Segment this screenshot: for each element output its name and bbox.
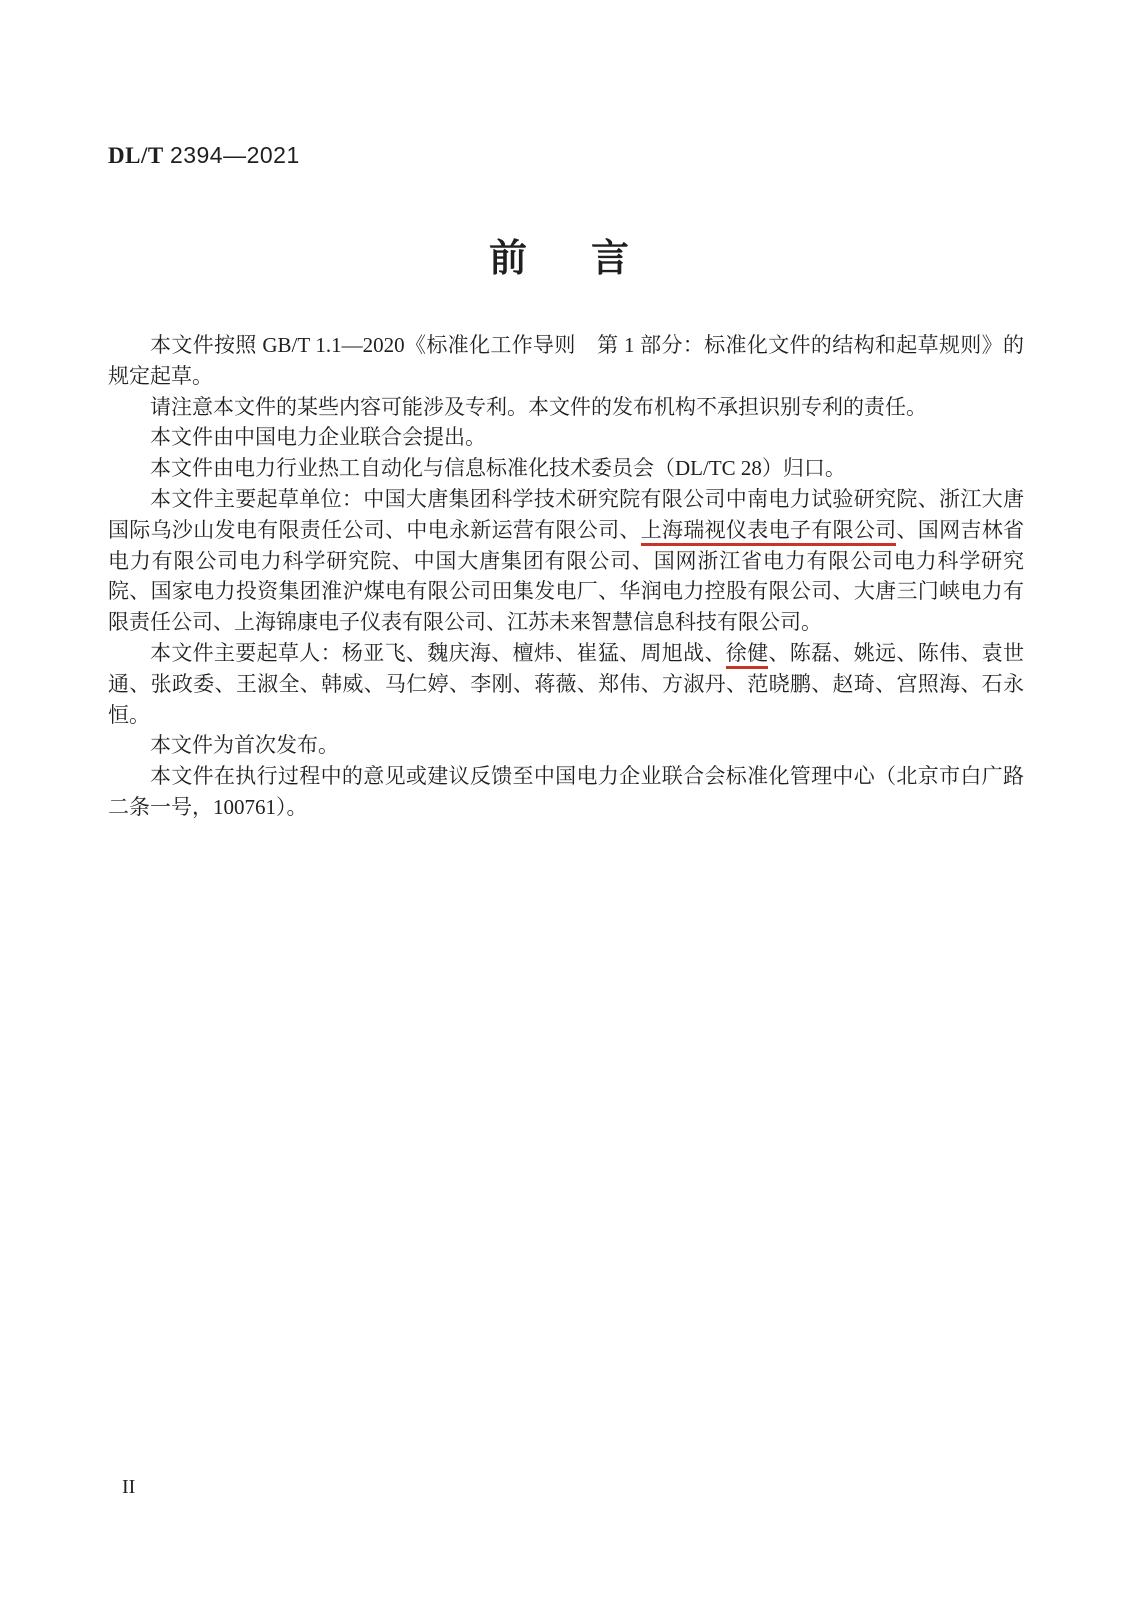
paragraph-committee: 本文件由电力行业热工自动化与信息标准化技术委员会（DL/TC 28）归口。 bbox=[108, 453, 1024, 484]
standard-code-prefix: DL/T bbox=[108, 143, 164, 168]
paragraph-patent-notice: 请注意本文件的某些内容可能涉及专利。本文件的发布机构不承担识别专利的责任。 bbox=[108, 392, 1024, 423]
highlighted-company: 上海瑞视仪表电子有限公司 bbox=[641, 518, 897, 546]
document-page: DL/T 2394—2021 前 言 本文件按照 GB/T 1.1—2020《标… bbox=[0, 0, 1131, 1600]
paragraph-drafters: 本文件主要起草人：杨亚飞、魏庆海、檀炜、崔猛、周旭战、徐健、陈磊、姚远、陈伟、袁… bbox=[108, 638, 1024, 730]
paragraph-first-release: 本文件为首次发布。 bbox=[108, 730, 1024, 761]
foreword-body: 本文件按照 GB/T 1.1—2020《标准化工作导则 第 1 部分：标准化文件… bbox=[108, 330, 1024, 823]
highlighted-drafter: 徐健 bbox=[726, 641, 769, 669]
standard-code-number: 2394—2021 bbox=[170, 142, 300, 168]
standard-number: DL/T 2394—2021 bbox=[108, 142, 300, 169]
paragraph-proposer: 本文件由中国电力企业联合会提出。 bbox=[108, 422, 1024, 453]
drafters-prefix: 本文件主要起草人：杨亚飞、魏庆海、檀炜、崔猛、周旭战、 bbox=[150, 641, 726, 665]
paragraph-drafting-units: 本文件主要起草单位：中国大唐集团科学技术研究院有限公司中南电力试验研究院、浙江大… bbox=[108, 484, 1024, 638]
paragraph-drafting-basis: 本文件按照 GB/T 1.1—2020《标准化工作导则 第 1 部分：标准化文件… bbox=[108, 330, 1024, 392]
paragraph-feedback-address: 本文件在执行过程中的意见或建议反馈至中国电力企业联合会标准化管理中心（北京市白广… bbox=[108, 761, 1024, 823]
page-number: II bbox=[122, 1476, 135, 1498]
page-title: 前 言 bbox=[0, 236, 1131, 282]
